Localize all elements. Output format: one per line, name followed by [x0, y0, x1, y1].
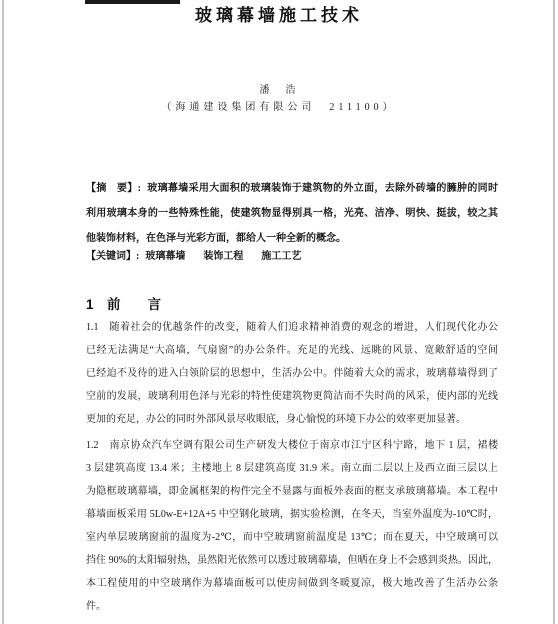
paragraph-line: 挡住 90%的太阳辐射热，虽然阳光依然可以透过玻璃幕墙，但晒在身上不会感到炎热。…	[86, 549, 498, 572]
paragraph-line: 为隐框玻璃幕墙，即金属框架的构件完全不显露与面板外表面的框支承玻璃幕墙。本工程中	[86, 480, 498, 503]
document-page: 玻璃幕墙施工技术 潘 浩 （海通建设集团有限公司 211100） 【摘 要】:玻…	[0, 0, 558, 624]
paragraph-line: 1.2 南京协众汽车空调有限公司生产研发大楼位于南京市江宁区科宁路，地下 1 层…	[86, 434, 498, 457]
keyword: 施工工艺	[261, 251, 301, 262]
paragraph-line: 空前的发展，玻璃利用色泽与光彩的特性使建筑物更简洁而不失时尚的风采，使内部的光线	[86, 385, 498, 408]
paragraph-line: 件。	[86, 595, 498, 618]
author-affiliation: （海通建设集团有限公司 211100）	[0, 101, 558, 115]
abstract-block: 【摘 要】:玻璃幕墙采用大面积的玻璃装饰于建筑物的外立面，去除外砖墙的臃肿的同时…	[86, 176, 498, 251]
paragraph-line: 3 层建筑高度 13.4 米；主楼地上 8 层建筑高度 31.9 米。南立面二层…	[86, 457, 498, 480]
keyword: 装饰工程	[203, 251, 243, 262]
paragraph-line: 更加的充足，办公的同时外部风景尽收眼底，身心愉悦的环境下办公的效率更加显著。	[86, 408, 498, 431]
abstract-text: 玻璃幕墙采用大面积的玻璃装饰于建筑物的外立面，去除外砖墙的臃肿的同时	[147, 183, 498, 194]
keyword: 玻璃幕墙	[145, 251, 185, 262]
paragraph-1-2: 1.2 南京协众汽车空调有限公司生产研发大楼位于南京市江宁区科宁路，地下 1 层…	[86, 434, 498, 618]
paragraph-line: 幕墙面板采用 5L0w-E+12A+5 中空钢化玻璃，据实验检测，在冬天，当室外…	[86, 503, 498, 526]
paragraph-line: 室内单层玻璃窗前的温度为-2℃，而中空玻璃窗前温度是 13℃；而在夏天，中空玻璃…	[86, 526, 498, 549]
keywords-label: 【关键词】:	[86, 251, 139, 262]
abstract-label: 【摘 要】:	[86, 183, 141, 194]
keywords-block: 【关键词】:玻璃幕墙装饰工程施工工艺	[86, 244, 498, 269]
paragraph-line: 已经迫不及待的进入白领阶层的思想中，生活办公中。伴随着大众的需求，玻璃幕墙得到了	[86, 362, 498, 385]
doc-title: 玻璃幕墙施工技术	[0, 4, 558, 28]
paragraph-line: 已经无法满足“大高墙，气扇窗”的办公条件。充足的光线、远眺的风景、宽敞舒适的空间	[86, 339, 498, 362]
section-heading: 1 前 言	[86, 296, 161, 314]
abstract-line: 利用玻璃本身的一些特殊性能，使建筑物显得别具一格，光亮、洁净、明快、挺拔，较之其	[86, 201, 498, 226]
author-name: 潘 浩	[0, 84, 558, 98]
paragraph-1-1: 1.1 随着社会的优越条件的改变，随着人们追求精神消费的观念的增进，人们现代化办…	[86, 316, 498, 431]
abstract-line: 【摘 要】:玻璃幕墙采用大面积的玻璃装饰于建筑物的外立面，去除外砖墙的臃肿的同时	[86, 176, 498, 201]
paragraph-line: 本工程使用的中空玻璃作为幕墙面板可以使房间做到冬暖夏凉，极大地改善了生活办公条	[86, 572, 498, 595]
paragraph-line: 1.1 随着社会的优越条件的改变，随着人们追求精神消费的观念的增进，人们现代化办…	[86, 316, 498, 339]
